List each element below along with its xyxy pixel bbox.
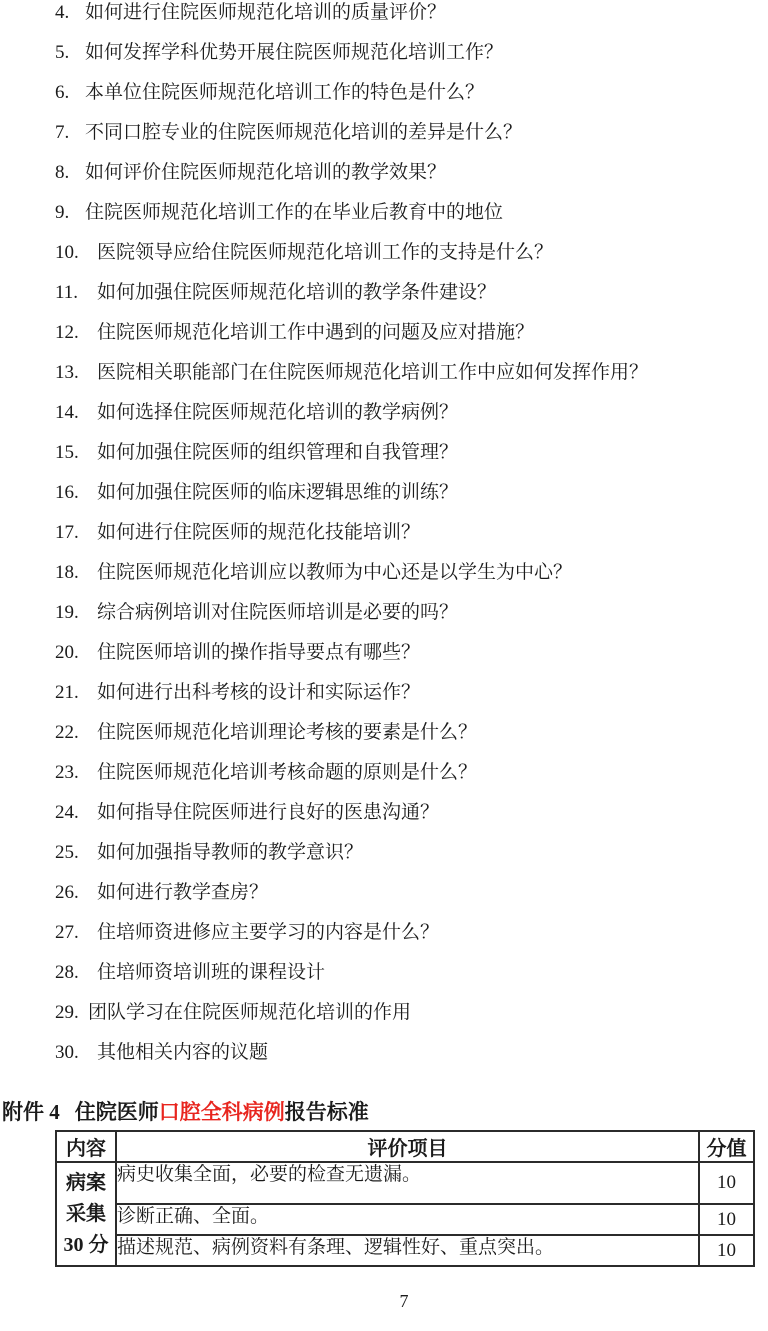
table-row: 描述规范、病例资料有条理、逻辑性好、重点突出。10 — [56, 1235, 754, 1266]
table-cell-item: 描述规范、病例资料有条理、逻辑性好、重点突出。 — [116, 1235, 699, 1266]
list-item: 10.医院领导应给住院医师规范化培训工作的支持是什么？ — [55, 233, 758, 273]
list-item: 4.如何进行住院医师规范化培训的质量评价？ — [55, 0, 758, 33]
list-item-text: 不同口腔专业的住院医师规范化培训的差异是什么？ — [85, 113, 522, 153]
list-item-text: 团队学习在住院医师规范化培训的作用 — [88, 993, 411, 1033]
list-item-text: 如何发挥学科优势开展住院医师规范化培训工作？ — [85, 33, 503, 73]
list-item-number: 25. — [55, 833, 97, 873]
list-item: 27.住培师资进修应主要学习的内容是什么？ — [55, 913, 758, 953]
table-header-row: 内容 评价项目 分值 — [56, 1131, 754, 1162]
list-item: 13.医院相关职能部门在住院医师规范化培训工作中应如何发挥作用？ — [55, 353, 758, 393]
list-item-number: 18. — [55, 553, 97, 593]
table-cell-item: 诊断正确、全面。 — [116, 1204, 699, 1235]
table-row: 病案 采集 30 分病史收集全面，必要的检查无遗漏。10 — [56, 1162, 754, 1204]
table-group-label: 病案 采集 30 分 — [56, 1162, 116, 1266]
list-item: 26.如何进行教学查房？ — [55, 873, 758, 913]
list-item-text: 住院医师培训的操作指导要点有哪些？ — [97, 633, 420, 673]
list-item: 5.如何发挥学科优势开展住院医师规范化培训工作？ — [55, 33, 758, 73]
list-item-number: 9. — [55, 193, 85, 233]
list-item-number: 12. — [55, 313, 97, 353]
list-item-number: 24. — [55, 793, 97, 833]
page-number: 7 — [55, 1291, 753, 1311]
list-item: 28.住培师资培训班的课程设计 — [55, 953, 758, 993]
list-item-number: 5. — [55, 33, 85, 73]
list-item-text: 如何加强指导教师的教学意识？ — [97, 833, 363, 873]
list-item-text: 医院领导应给住院医师规范化培训工作的支持是什么？ — [97, 233, 553, 273]
list-item: 17.如何进行住院医师的规范化技能培训？ — [55, 513, 758, 553]
list-item: 30.其他相关内容的议题 — [55, 1033, 758, 1073]
question-list: 4.如何进行住院医师规范化培训的质量评价？5.如何发挥学科优势开展住院医师规范化… — [0, 0, 768, 1073]
list-item-text: 住培师资培训班的课程设计 — [97, 953, 325, 993]
list-item-text: 如何加强住院医师规范化培训的教学条件建设？ — [97, 273, 496, 313]
attachment-heading: 附件 4住院医师口腔全科病例报告标准 — [2, 1097, 768, 1127]
list-item-number: 19. — [55, 593, 97, 633]
table-cell-score: 10 — [699, 1235, 754, 1266]
list-item-number: 22. — [55, 713, 97, 753]
list-item: 24.如何指导住院医师进行良好的医患沟通？ — [55, 793, 758, 833]
list-item: 7.不同口腔专业的住院医师规范化培训的差异是什么？ — [55, 113, 758, 153]
list-item: 18.住院医师规范化培训应以教师为中心还是以学生为中心？ — [55, 553, 758, 593]
list-item-number: 27. — [55, 913, 97, 953]
list-item: 16.如何加强住院医师的临床逻辑思维的训练？ — [55, 473, 758, 513]
list-item-number: 29. — [55, 993, 88, 1033]
list-item: 25.如何加强指导教师的教学意识？ — [55, 833, 758, 873]
list-item-text: 如何指导住院医师进行良好的医患沟通？ — [97, 793, 439, 833]
list-item-text: 医院相关职能部门在住院医师规范化培训工作中应如何发挥作用？ — [97, 353, 648, 393]
list-item-number: 20. — [55, 633, 97, 673]
list-item-number: 17. — [55, 513, 97, 553]
table-row: 诊断正确、全面。10 — [56, 1204, 754, 1235]
attachment-title-prefix: 住院医师 — [75, 1100, 159, 1124]
table-cell-score: 10 — [699, 1162, 754, 1204]
list-item-number: 16. — [55, 473, 97, 513]
list-item-text: 其他相关内容的议题 — [97, 1033, 268, 1073]
list-item-text: 如何进行教学查房？ — [97, 873, 268, 913]
list-item-text: 本单位住院医师规范化培训工作的特色是什么？ — [85, 73, 484, 113]
list-item-text: 综合病例培训对住院医师培训是必要的吗？ — [97, 593, 458, 633]
list-item: 19.综合病例培训对住院医师培训是必要的吗？ — [55, 593, 758, 633]
list-item-text: 如何进行住院医师的规范化技能培训？ — [97, 513, 420, 553]
list-item: 15.如何加强住院医师的组织管理和自我管理？ — [55, 433, 758, 473]
list-item-number: 10. — [55, 233, 97, 273]
attachment-title-suffix: 报告标准 — [285, 1100, 369, 1124]
list-item-text: 如何评价住院医师规范化培训的教学效果？ — [85, 153, 446, 193]
list-item: 8.如何评价住院医师规范化培训的教学效果？ — [55, 153, 758, 193]
list-item-text: 住院医师规范化培训工作的在毕业后教育中的地位 — [85, 193, 503, 233]
list-item-number: 28. — [55, 953, 97, 993]
list-item-number: 8. — [55, 153, 85, 193]
list-item-number: 6. — [55, 73, 85, 113]
list-item: 14.如何选择住院医师规范化培训的教学病例？ — [55, 393, 758, 433]
table-cell-item: 病史收集全面，必要的检查无遗漏。 — [116, 1162, 699, 1204]
list-item-number: 21. — [55, 673, 97, 713]
list-item-text: 如何进行出科考核的设计和实际运作？ — [97, 673, 420, 713]
list-item: 29.团队学习在住院医师规范化培训的作用 — [55, 993, 758, 1033]
table-header-content: 内容 — [56, 1131, 116, 1162]
list-item: 22.住院医师规范化培训理论考核的要素是什么？ — [55, 713, 758, 753]
list-item-text: 如何选择住院医师规范化培训的教学病例？ — [97, 393, 458, 433]
list-item: 12.住院医师规范化培训工作中遇到的问题及应对措施？ — [55, 313, 758, 353]
list-item-number: 30. — [55, 1033, 97, 1073]
list-item-text: 住培师资进修应主要学习的内容是什么？ — [97, 913, 439, 953]
list-item-text: 如何加强住院医师的组织管理和自我管理？ — [97, 433, 458, 473]
list-item: 21.如何进行出科考核的设计和实际运作？ — [55, 673, 758, 713]
list-item-number: 15. — [55, 433, 97, 473]
table-cell-score: 10 — [699, 1204, 754, 1235]
list-item: 6.本单位住院医师规范化培训工作的特色是什么？ — [55, 73, 758, 113]
list-item-text: 住院医师规范化培训理论考核的要素是什么？ — [97, 713, 477, 753]
list-item: 9.住院医师规范化培训工作的在毕业后教育中的地位 — [55, 193, 758, 233]
list-item-number: 26. — [55, 873, 97, 913]
list-item-number: 11. — [55, 273, 97, 313]
document-page: 4.如何进行住院医师规范化培训的质量评价？5.如何发挥学科优势开展住院医师规范化… — [0, 0, 768, 1324]
table-header-score: 分值 — [699, 1131, 754, 1162]
attachment-title-highlight: 口腔全科病例 — [159, 1100, 285, 1124]
list-item: 23.住院医师规范化培训考核命题的原则是什么？ — [55, 753, 758, 793]
attachment-label: 附件 4 — [2, 1100, 60, 1124]
list-item-text: 住院医师规范化培训应以教师为中心还是以学生为中心？ — [97, 553, 572, 593]
table-header-item: 评价项目 — [116, 1131, 699, 1162]
list-item-text: 如何加强住院医师的临床逻辑思维的训练？ — [97, 473, 458, 513]
list-item-text: 住院医师规范化培训工作中遇到的问题及应对措施？ — [97, 313, 534, 353]
list-item-number: 14. — [55, 393, 97, 433]
list-item-number: 7. — [55, 113, 85, 153]
list-item-number: 13. — [55, 353, 97, 393]
list-item: 20.住院医师培训的操作指导要点有哪些？ — [55, 633, 758, 673]
list-item-number: 4. — [55, 0, 85, 33]
list-item-number: 23. — [55, 753, 97, 793]
score-table: 内容 评价项目 分值 病案 采集 30 分病史收集全面，必要的检查无遗漏。10诊… — [55, 1130, 755, 1267]
list-item: 11.如何加强住院医师规范化培训的教学条件建设？ — [55, 273, 758, 313]
list-item-text: 如何进行住院医师规范化培训的质量评价？ — [85, 0, 446, 33]
list-item-text: 住院医师规范化培训考核命题的原则是什么？ — [97, 753, 477, 793]
